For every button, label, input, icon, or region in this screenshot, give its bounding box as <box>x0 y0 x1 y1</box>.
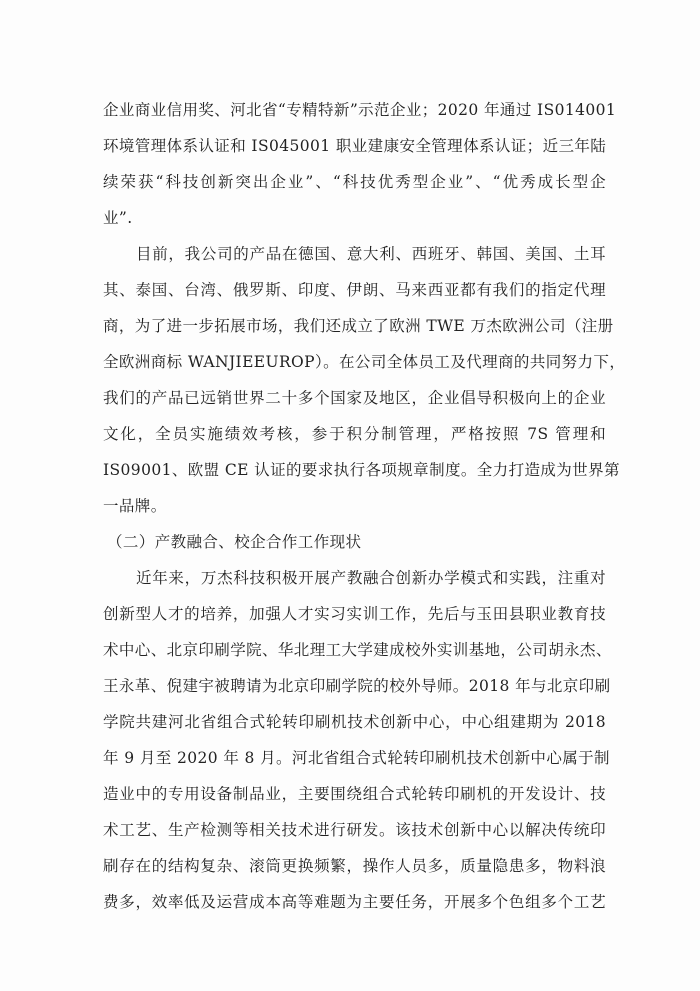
section-heading-text: （二）产教融合、校企合作工作现状 <box>103 524 606 560</box>
paragraph-overseas-market: 目前，我公司的产品在德国、意大利、西班牙、韩国、美国、土耳 其、泰国、台湾、俄罗… <box>103 236 606 524</box>
text-line: 一品牌。 <box>103 488 606 524</box>
paragraph-industry-education: 近年来，万杰科技积极开展产教融合创新办学模式和实践，注重对 创新型人才的培养，加… <box>103 560 606 920</box>
text-line: 费多，效率低及运营成本高等难题为主要任务，开展多个色组多个工艺 <box>103 884 606 920</box>
document-page: 企业商业信用奖、河北省“专精特新”示范企业；2020 年通过 IS014001 … <box>0 0 700 991</box>
section-heading: （二）产教融合、校企合作工作现状 <box>103 524 606 560</box>
text-line: 续荣获“科技创新突出企业”、“科技优秀型企业”、“优秀成长型企 <box>103 164 606 200</box>
text-line: 业”. <box>103 200 606 236</box>
text-line: IS09001、欧盟 CE 认证的要求执行各项规章制度。全力打造成为世界第 <box>103 452 606 488</box>
paragraph-continuation: 企业商业信用奖、河北省“专精特新”示范企业；2020 年通过 IS014001 … <box>103 92 606 236</box>
text-line: 术中心、北京印刷学院、华北理工大学建成校外实训基地，公司胡永杰、 <box>103 632 606 668</box>
document-body: 企业商业信用奖、河北省“专精特新”示范企业；2020 年通过 IS014001 … <box>103 92 606 920</box>
text-line: 学院共建河北省组合式轮转印刷机技术创新中心，中心组建期为 2018 <box>103 704 606 740</box>
text-line: 年 9 月至 2020 年 8 月。河北省组合式轮转印刷机技术创新中心属于制 <box>103 740 606 776</box>
text-line: 全欧洲商标 WANJIEEUROP）。在公司全体员工及代理商的共同努力下， <box>103 344 606 380</box>
text-line: 术工艺、生产检测等相关技术进行研发。该技术创新中心以解决传统印 <box>103 812 606 848</box>
text-line: 造业中的专用设备制品业，主要围绕组合式轮转印刷机的开发设计、技 <box>103 776 606 812</box>
text-line: 王永革、倪建宇被聘请为北京印刷学院的校外导师。2018 年与北京印刷 <box>103 668 606 704</box>
text-line: 文化，全员实施绩效考核，参于积分制管理，严格按照 7S 管理和 <box>103 416 606 452</box>
text-line: 创新型人才的培养，加强人才实习实训工作，先后与玉田县职业教育技 <box>103 596 606 632</box>
text-line: 其、泰国、台湾、俄罗斯、印度、伊朗、马来西亚都有我们的指定代理 <box>103 272 606 308</box>
text-line: 近年来，万杰科技积极开展产教融合创新办学模式和实践，注重对 <box>103 560 606 596</box>
text-line: 企业商业信用奖、河北省“专精特新”示范企业；2020 年通过 IS014001 <box>103 92 606 128</box>
text-line: 环境管理体系认证和 IS045001 职业建康安全管理体系认证；近三年陆 <box>103 128 606 164</box>
text-line: 我们的产品已远销世界二十多个国家及地区，企业倡导积极向上的企业 <box>103 380 606 416</box>
text-line: 目前，我公司的产品在德国、意大利、西班牙、韩国、美国、土耳 <box>103 236 606 272</box>
text-line: 刷存在的结构复杂、滚筒更换频繁，操作人员多，质量隐患多，物料浪 <box>103 848 606 884</box>
text-line: 商，为了进一步拓展市场，我们还成立了欧洲 TWE 万杰欧洲公司（注册 <box>103 308 606 344</box>
